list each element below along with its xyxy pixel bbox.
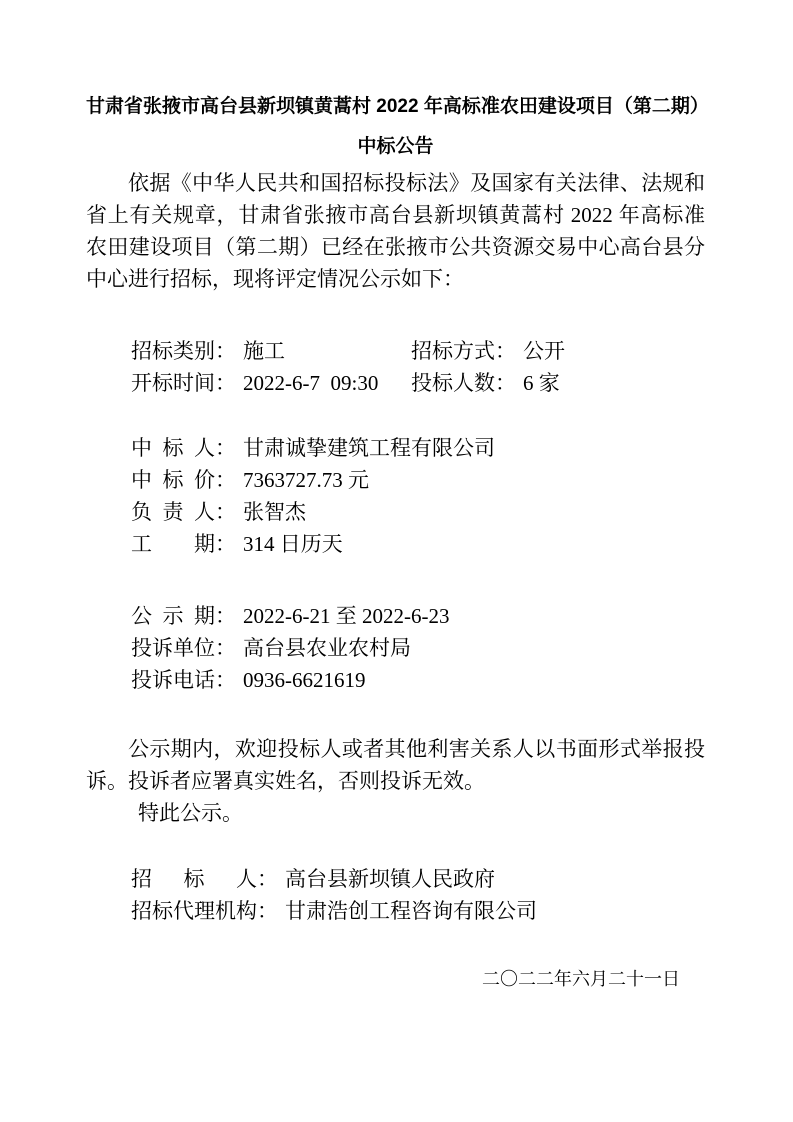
- field-label: 投诉电话: [131, 664, 215, 696]
- field-label: 中标价: [131, 464, 215, 496]
- field-label: 开标时间: [131, 367, 215, 399]
- field-value: 张智杰: [236, 496, 306, 528]
- bid-basic-info-section: 招标类别：施工 招标方式：公开 开标时间：2022-6-7 09:30 投标人数…: [86, 335, 705, 399]
- field-value: 2022-6-21 至 2022-6-23: [236, 600, 449, 632]
- field-value: 2022-6-7 09:30: [236, 367, 378, 399]
- field-colon: ：: [215, 432, 236, 464]
- field-colon: ：: [495, 367, 516, 399]
- field-label: 中标人: [131, 432, 215, 464]
- field-publicity-period: 公示期：2022-6-21 至 2022-6-23: [86, 600, 705, 632]
- field-agency: 招标代理机构：甘肃浩创工程咨询有限公司: [86, 895, 705, 927]
- field-label: 招标方式: [411, 335, 495, 367]
- winner-info-section: 中标人：甘肃诚挚建筑工程有限公司 中标价：7363727.73 元 负责人：张智…: [86, 432, 705, 560]
- field-label: 招标代理机构: [131, 895, 257, 927]
- complaint-paragraph: 公示期内，欢迎投标人或者其他利害关系人以书面形式举报投诉。投诉者应署真实姓名，否…: [86, 733, 705, 797]
- field-row: 招标类别：施工 招标方式：公开: [86, 335, 705, 367]
- field-label: 公示期: [131, 600, 215, 632]
- field-colon: ：: [215, 528, 236, 560]
- field-value: 甘肃诚挚建筑工程有限公司: [236, 432, 495, 464]
- field-colon: ：: [257, 863, 278, 895]
- field-bid-category: 招标类别：施工: [131, 335, 411, 367]
- field-colon: ：: [215, 464, 236, 496]
- field-complaint-phone: 投诉电话：0936-6621619: [86, 664, 705, 696]
- field-bid-method: 招标方式：公开: [411, 335, 565, 367]
- field-colon: ：: [215, 367, 236, 399]
- field-label: 投标人数: [411, 367, 495, 399]
- field-colon: ：: [215, 600, 236, 632]
- field-complaint-unit: 投诉单位：高台县农业农村局: [86, 632, 705, 664]
- field-colon: ：: [215, 335, 236, 367]
- field-colon: ：: [257, 895, 278, 927]
- title-line-2: 中标公告: [86, 127, 705, 167]
- field-label: 负责人: [131, 496, 215, 528]
- field-value: 0936-6621619: [236, 664, 366, 696]
- field-value: 6 家: [516, 367, 560, 399]
- field-label: 投诉单位: [131, 632, 215, 664]
- document-page: 甘肃省张掖市高台县新坝镇黄蒿村 2022 年高标准农田建设项目（第二期） 中标公…: [0, 0, 793, 1122]
- field-label: 工期: [131, 528, 215, 560]
- field-colon: ：: [215, 496, 236, 528]
- field-value: 7363727.73 元: [236, 464, 369, 496]
- field-value: 公开: [516, 335, 565, 367]
- field-label: 招标人: [131, 863, 257, 895]
- field-tenderer: 招标人：高台县新坝镇人民政府: [86, 863, 705, 895]
- field-colon: ：: [215, 664, 236, 696]
- publicity-info-section: 公示期：2022-6-21 至 2022-6-23 投诉单位：高台县农业农村局 …: [86, 600, 705, 696]
- issuer-info-section: 招标人：高台县新坝镇人民政府 招标代理机构：甘肃浩创工程咨询有限公司: [86, 863, 705, 927]
- document-title: 甘肃省张掖市高台县新坝镇黄蒿村 2022 年高标准农田建设项目（第二期） 中标公…: [86, 87, 705, 167]
- field-colon: ：: [495, 335, 516, 367]
- field-colon: ：: [215, 632, 236, 664]
- field-value: 高台县新坝镇人民政府: [278, 863, 495, 895]
- field-row: 开标时间：2022-6-7 09:30 投标人数：6 家: [86, 367, 705, 399]
- field-bidder-count: 投标人数：6 家: [411, 367, 560, 399]
- field-value: 甘肃浩创工程咨询有限公司: [278, 895, 537, 927]
- field-value: 施工: [236, 335, 285, 367]
- field-open-time: 开标时间：2022-6-7 09:30: [131, 367, 411, 399]
- field-value: 314 日历天: [236, 528, 343, 560]
- announcement-date: 二〇二二年六月二十一日: [86, 963, 705, 995]
- field-winner-price: 中标价：7363727.73 元: [86, 464, 705, 496]
- field-project-duration: 工期：314 日历天: [86, 528, 705, 560]
- field-label: 招标类别: [131, 335, 215, 367]
- title-line-1: 甘肃省张掖市高台县新坝镇黄蒿村 2022 年高标准农田建设项目（第二期）: [86, 87, 705, 127]
- field-value: 高台县农业农村局: [236, 632, 411, 664]
- intro-paragraph: 依据《中华人民共和国招标投标法》及国家有关法律、法规和省上有关规章，甘肃省张掖市…: [86, 167, 705, 295]
- field-winner-principal: 负责人：张智杰: [86, 496, 705, 528]
- closing-line: 特此公示。: [86, 797, 705, 829]
- field-winner-name: 中标人：甘肃诚挚建筑工程有限公司: [86, 432, 705, 464]
